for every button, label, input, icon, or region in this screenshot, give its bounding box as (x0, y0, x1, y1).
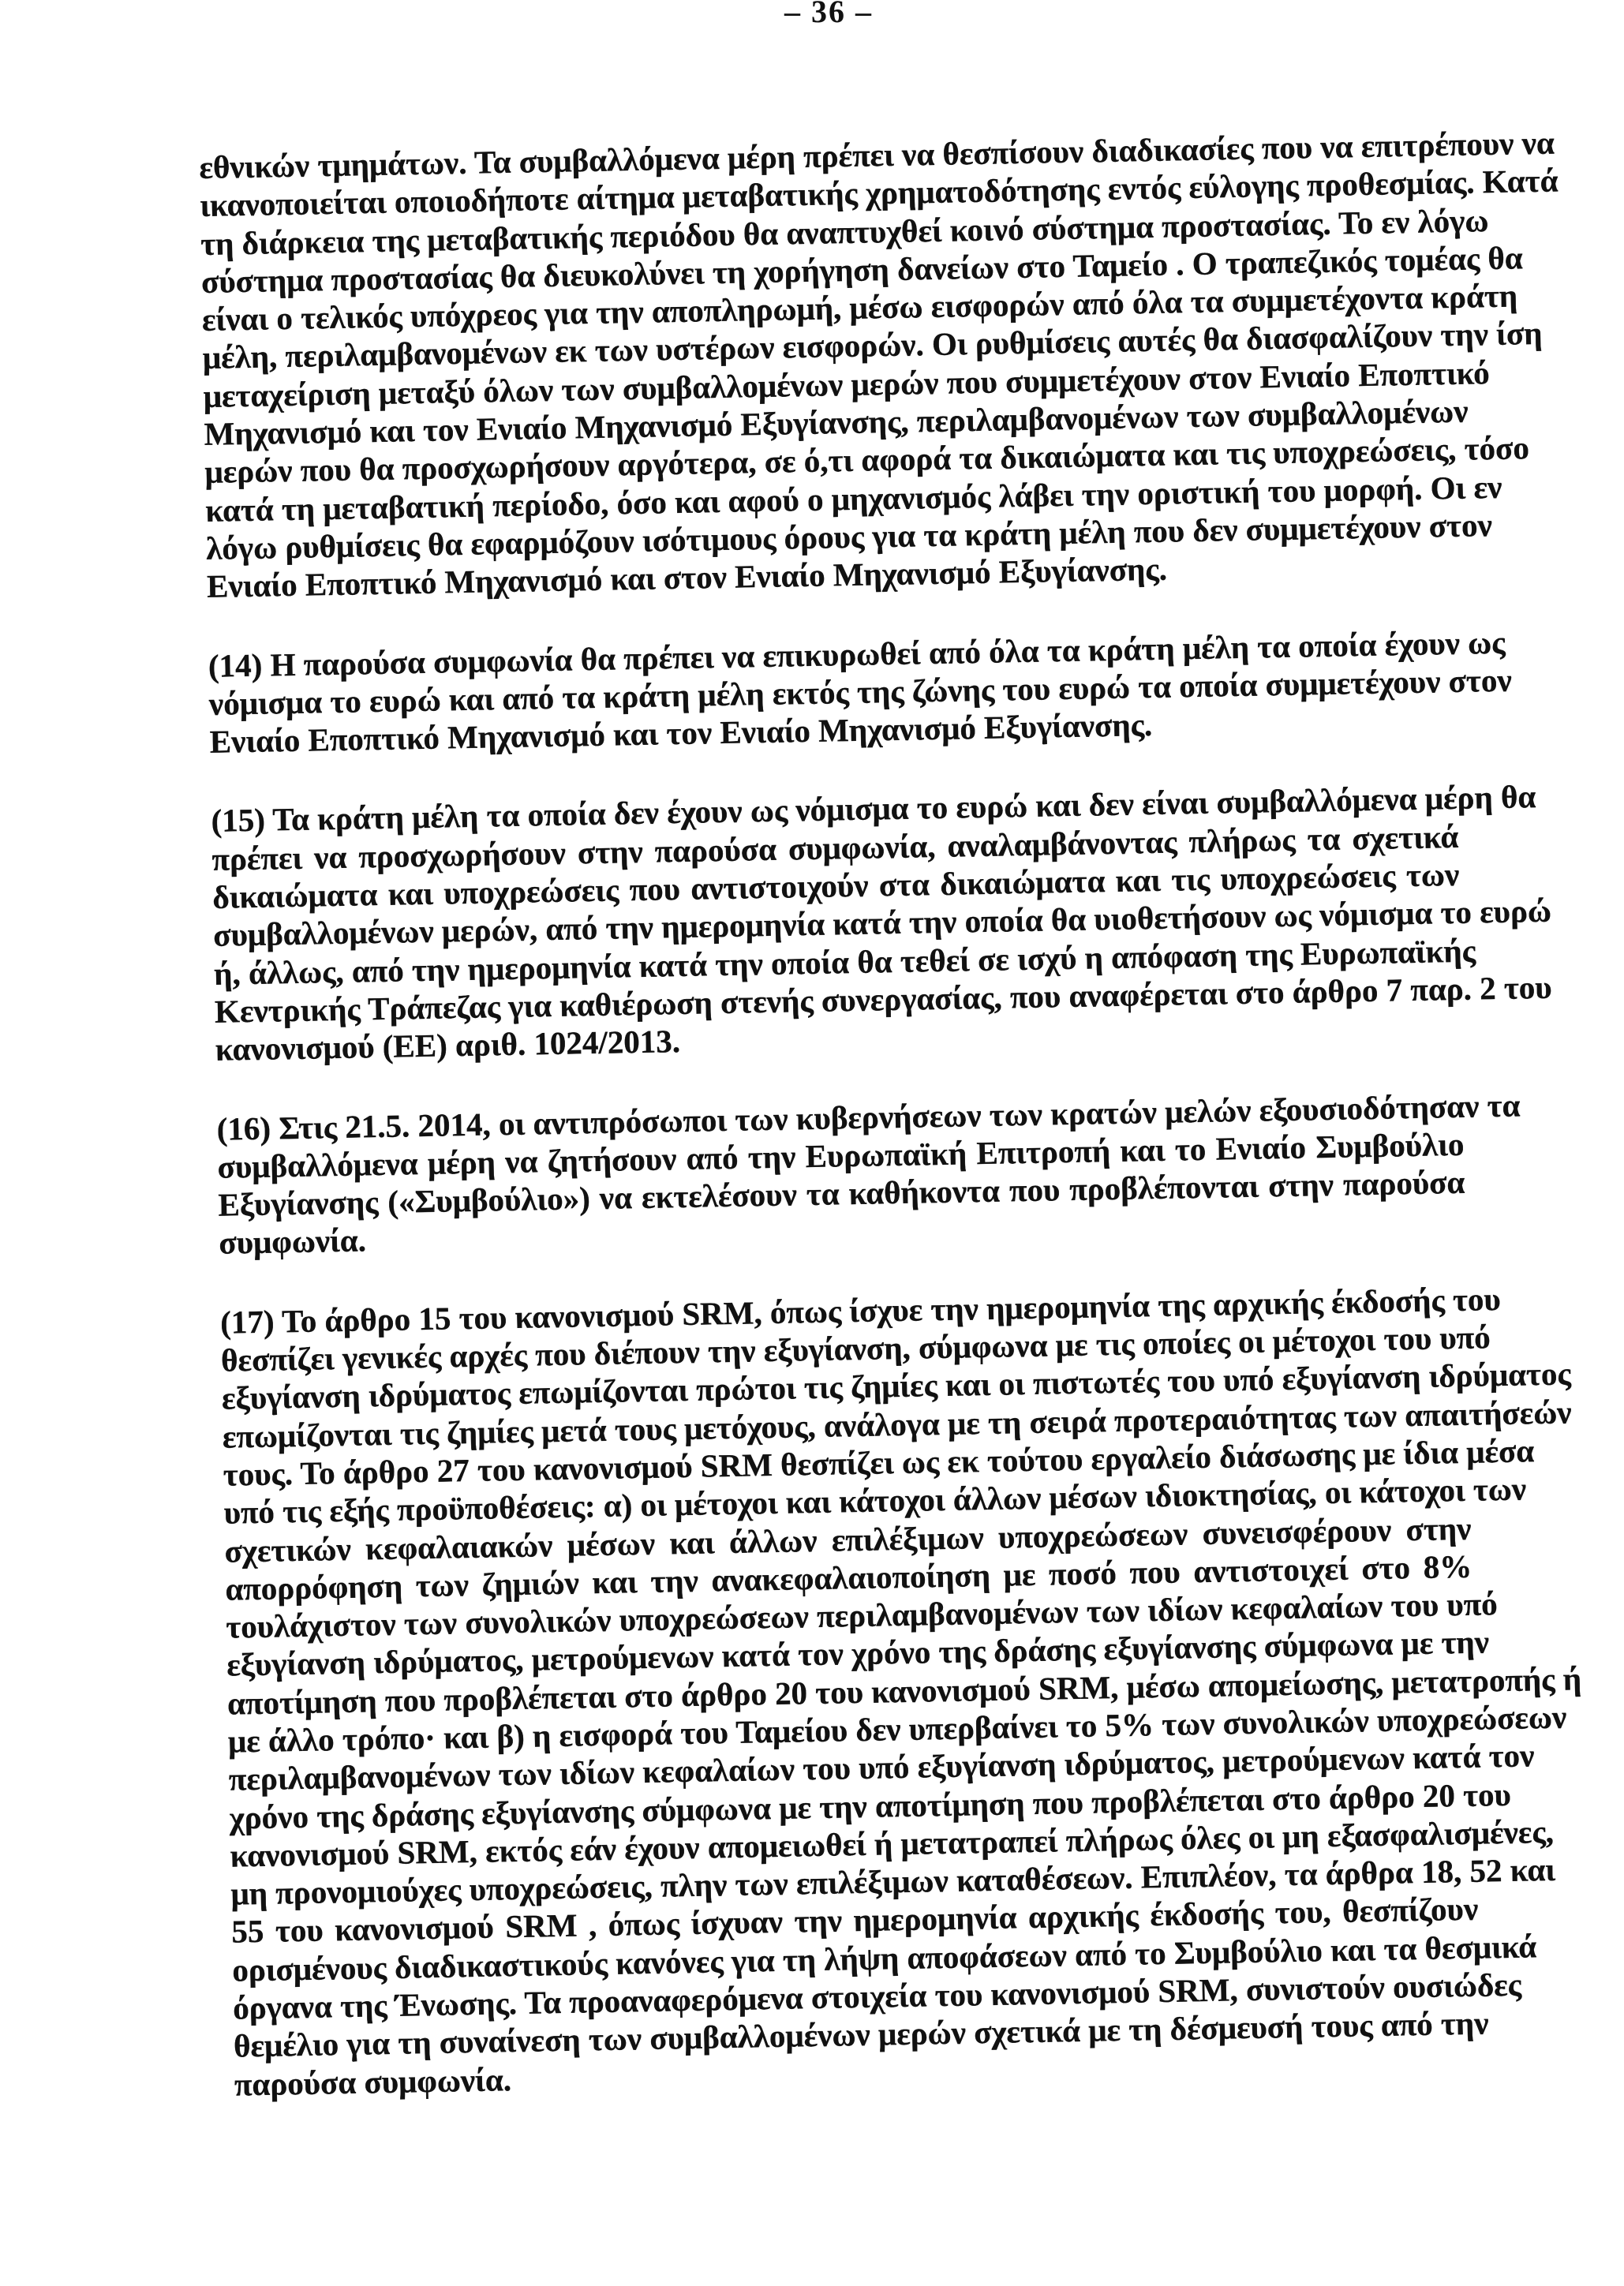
paragraph-recital-15: (15) Τα κράτη μέλη τα οποία δεν έχουν ως… (211, 779, 1462, 1068)
paragraph-recital-17: (17) Το άρθρο 15 του κανονισμού SRM, όπω… (220, 1281, 1481, 2104)
scan-artifact-dot (1132, 1176, 1136, 1179)
paragraph-recital-14: (14) Η παρούσα συμφωνία θα πρέπει να επι… (208, 624, 1457, 761)
document-body: εθνικών τμημάτων. Τα συμβαλλόμενα μέρη π… (199, 125, 1481, 2103)
paragraph-recital-16: (16) Στις 21.5. 2014, οι αντιπρόσωποι τω… (216, 1087, 1465, 1262)
page-number: – 36 – (781, 0, 876, 24)
paragraph-continuation: εθνικών τμημάτων. Τα συμβαλλόμενα μέρη π… (199, 125, 1454, 605)
document-page: – 36 – εθνικών τμημάτων. Τα συμβαλλόμενα… (0, 0, 1624, 2286)
